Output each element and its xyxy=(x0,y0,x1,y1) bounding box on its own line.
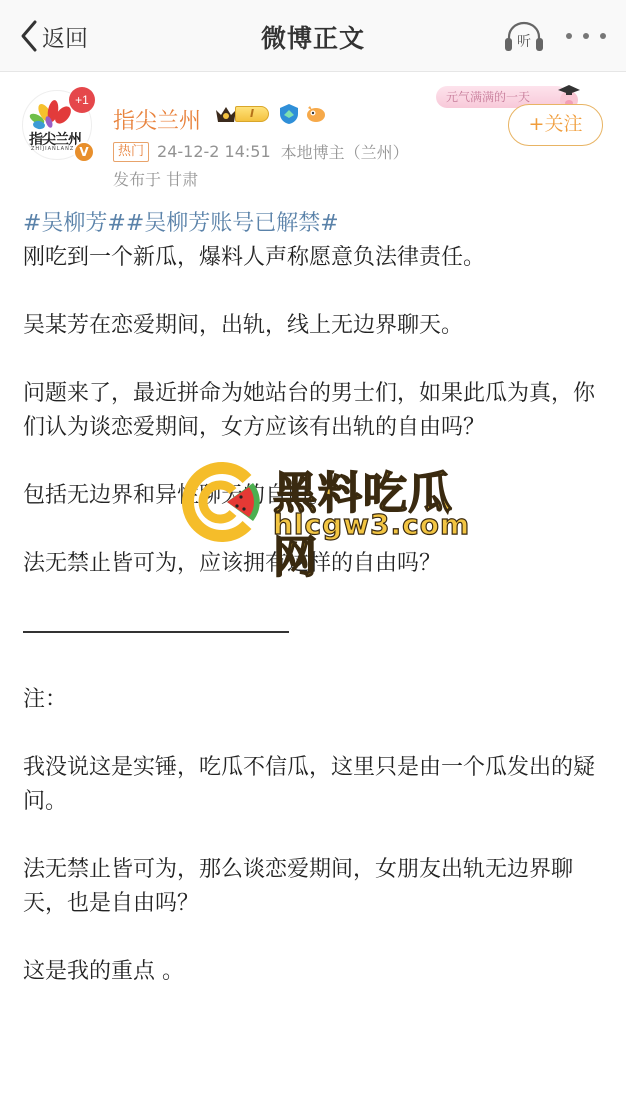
post-paragraph: 包括无边界和异性聊天的自由。 xyxy=(23,479,613,513)
notification-badge: +1 xyxy=(69,87,95,113)
headphones-icon[interactable]: 听 xyxy=(503,19,545,53)
post-paragraph: 问题来了，最近拼命为她站台的男士们，如果此瓜为真，你们认为谈恋爱期间，女方应该有… xyxy=(23,377,613,445)
shield-badge-icon[interactable] xyxy=(279,103,299,125)
post-paragraph: 注： xyxy=(23,683,613,717)
user-badges: I xyxy=(215,103,327,125)
top-navbar: 返回 微博正文 听 xyxy=(0,0,626,72)
more-options-button[interactable] xyxy=(566,26,606,46)
more-dots-icon xyxy=(600,33,606,39)
hashtag-row: #吴柳芳# #吴柳芳账号已解禁# xyxy=(23,207,613,241)
crown-icon xyxy=(215,104,237,124)
text-divider xyxy=(23,615,613,649)
level-pill: I xyxy=(235,106,269,122)
post-paragraph: 法无禁止皆可为，那么谈恋爱期间，女朋友出轨无边界聊天，也是自由吗？ xyxy=(23,853,613,921)
more-dots-icon xyxy=(583,33,589,39)
hashtag-link[interactable]: #吴柳芳账号已解禁# xyxy=(126,207,339,241)
avatar[interactable]: +1 指尖兰州 ZHIJIANLANZHOU V xyxy=(22,90,92,160)
post-paragraph: 这是我的重点 。 xyxy=(23,955,613,989)
member-level-badge[interactable]: I xyxy=(215,104,269,124)
post-location: 发布于 甘肃 xyxy=(113,167,198,190)
post-paragraph: 刚吃到一个新瓜，爆料人声称愿意负法律责任。 xyxy=(23,241,613,275)
post-paragraph: 吴某芳在恋爱期间，出轨，线上无边界聊天。 xyxy=(23,309,613,343)
post-meta: 热门 24-12-2 14:51 本地博主（兰州） xyxy=(113,140,409,163)
hashtag-link[interactable]: #吴柳芳# xyxy=(23,207,126,241)
more-dots-icon xyxy=(566,33,572,39)
svg-text:听: 听 xyxy=(517,34,531,50)
author-name[interactable]: 指尖兰州 xyxy=(113,104,201,135)
post-source: 本地博主（兰州） xyxy=(281,140,409,163)
post-body: #吴柳芳# #吴柳芳账号已解禁# 刚吃到一个新瓜，爆料人声称愿意负法律责任。 吴… xyxy=(23,207,613,989)
verified-badge-icon: V xyxy=(73,141,95,163)
follow-button[interactable]: +关注 xyxy=(508,104,603,146)
post-paragraph: 我没说这是实锤，吃瓜不信瓜，这里只是由一个瓜发出的疑问。 xyxy=(23,751,613,819)
fish-badge-icon[interactable] xyxy=(305,104,327,124)
hot-tag: 热门 xyxy=(113,142,149,162)
post-paragraph: 法无禁止皆可为，应该拥有这样的自由吗？ xyxy=(23,547,613,581)
post-timestamp: 24-12-2 14:51 xyxy=(157,142,271,161)
